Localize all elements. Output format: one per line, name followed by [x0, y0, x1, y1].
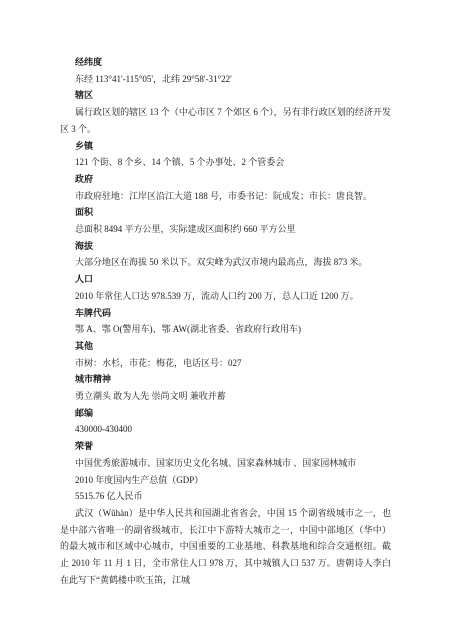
header-coordinates: 经纬度 — [60, 54, 391, 71]
header-jurisdiction: 辖区 — [60, 87, 391, 104]
header-area: 面积 — [60, 204, 391, 221]
text-license-plate: 鄂 A、鄂 O(警用车)、鄂 AW(湖北省委、省政府行政用车) — [60, 321, 391, 338]
header-government: 政府 — [60, 171, 391, 188]
header-population: 人口 — [60, 271, 391, 288]
header-other: 其他 — [60, 338, 391, 355]
header-elevation: 海拔 — [60, 238, 391, 255]
text-city-spirit: 勇立潮头 敢为人先 崇尚文明 兼收并蓄 — [60, 388, 391, 405]
text-honors: 中国优秀旅游城市、国家历史文化名城、国家森林城市 、国家园林城市 — [60, 455, 391, 472]
text-coordinates: 东经 113°41'-115°05'，北纬 29°58'-31°22' — [60, 71, 391, 88]
document-page: 经纬度 东经 113°41'-115°05'，北纬 29°58'-31°22' … — [60, 54, 391, 589]
header-townships: 乡镇 — [60, 138, 391, 155]
text-postal-code: 430000-430400 — [60, 421, 391, 438]
text-elevation: 大部分地区在海拔 50 米以下。双尖峰为武汉市境内最高点，海拔 873 米。 — [60, 254, 391, 271]
header-city-spirit: 城市精神 — [60, 371, 391, 388]
header-honors: 荣誉 — [60, 438, 391, 455]
text-other: 市树：水杉，市花：梅花，电话区号：027 — [60, 355, 391, 372]
text-jurisdiction: 属行政区划的辖区 13 个（中心市区 7 个郊区 6 个），另有非行政区划的经济… — [60, 104, 391, 137]
header-postal-code: 邮编 — [60, 405, 391, 422]
text-gdp-value: 5515.76 亿人民币 — [60, 488, 391, 505]
text-gdp-title: 2010 年度国内生产总值（GDP） — [60, 472, 391, 489]
paragraph-wuhan-intro: 武汉（Wǔhàn）是中华人民共和国湖北省省会，中国 15 个副省级城市之一，也是… — [60, 505, 391, 589]
text-area: 总面积 8494 平方公里，实际建成区面积约 660 平方公里 — [60, 221, 391, 238]
text-government: 市政府驻地：江岸区沿江大道 188 号，市委书记：阮成发；市长：唐良智。 — [60, 188, 391, 205]
header-license-plate: 车牌代码 — [60, 305, 391, 322]
text-population: 2010 年常住人口达 978.539 万，流动人口约 200 万，总人口近 1… — [60, 288, 391, 305]
text-townships: 121 个街、8 个乡、14 个镇、5 个办事处、2 个管委会 — [60, 154, 391, 171]
